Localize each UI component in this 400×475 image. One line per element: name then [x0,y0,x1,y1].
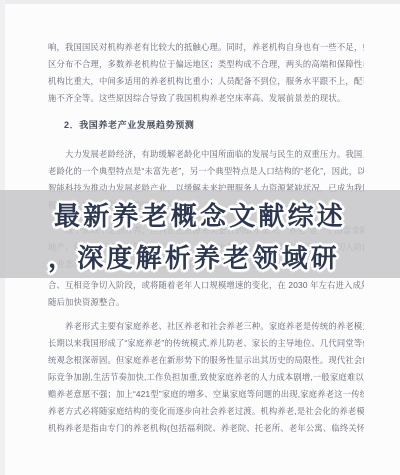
paragraph-care-models: 养老形式主要有家庭养老、社区养老和社会养老三种。家庭养老是传统的养老模式。 长期… [48,318,364,437]
doc-line: 大力发展老龄经济，有助缓解老龄化中国所面临的发展与民生的双重压力。我国人口 [48,146,364,163]
doc-line: 响，我国国民对机构养老有比较大的抵触心理。同时，养老机构自身也有一些不足，如地 [48,39,364,56]
doc-line: 老龄化的一个典型特点是“未富先老”，另一个典型特点是人口结构的“老化”，因此，以 [48,163,364,180]
doc-line: 施不齐全等。这些原因综合导致了我国机构养老空床率高、发展前景差的现状。 [48,90,364,107]
headline-line-1: 最新养老概念文献综述 [54,203,346,229]
doc-line: 合、互相竞争切入阶段，或将随着老年人口规模增速的变化，在 2030 年左右进入成… [48,277,364,294]
doc-line: 养老形式主要有家庭养老、社区养老和社会养老三种。家庭养老是传统的养老模式。 [48,318,364,335]
doc-line: 随后加快资源整合。 [48,294,364,311]
doc-line: 统观念根深蒂固。但家庭养老在新形势下的服务性显示出其历史的局限性。现代社会的人 [48,352,364,369]
doc-line: 赡养老意愿不强；加上“421型”家庭的增多、空巢家庭等问题的出现,家庭养老这一传… [48,386,364,403]
paragraph-institutional-care: 响，我国国民对机构养老有比较大的抵触心理。同时，养老机构自身也有一些不足，如地 … [48,39,364,107]
page-top-edge [0,0,400,4]
doc-line: 长期以来我国形成了“家庭养老”的传统模式,养儿防老、家长的主导地位、几代同堂等传 [48,335,364,352]
doc-line: 养老方式必将随家庭结构的变化而逐步向社会养老过渡。机构养老,是社会化的养老模式。 [48,403,364,420]
doc-line: 机构比重大，中间多适用的养老机构比重小；人员配备不到位，服务水平跟不上，配套设 [48,73,364,90]
paragraph-maturity-2030: 合、互相竞争切入阶段，或将随着老年人口规模增速的变化，在 2030 年左右进入成… [48,277,364,311]
section-heading: 2．我国养老产业发展趋势预测 [64,117,194,134]
doc-line: 区分布不合理，多数养老机构位于偏远地区；类型构成不合理，两头的高端和保障性养老 [48,56,364,73]
headline-line-2: ，深度解析养老领域研 [48,245,340,271]
doc-line: 际竞争加剧,生活节奏加快,工作负担加重,致使家庭养老的人力成本剧增,一般家庭难以… [48,369,364,386]
doc-line: 机构养老是指由专门的养老机构(包括福利院、养老院、托老所、老年公寓、临终关怀医院 [48,420,364,437]
